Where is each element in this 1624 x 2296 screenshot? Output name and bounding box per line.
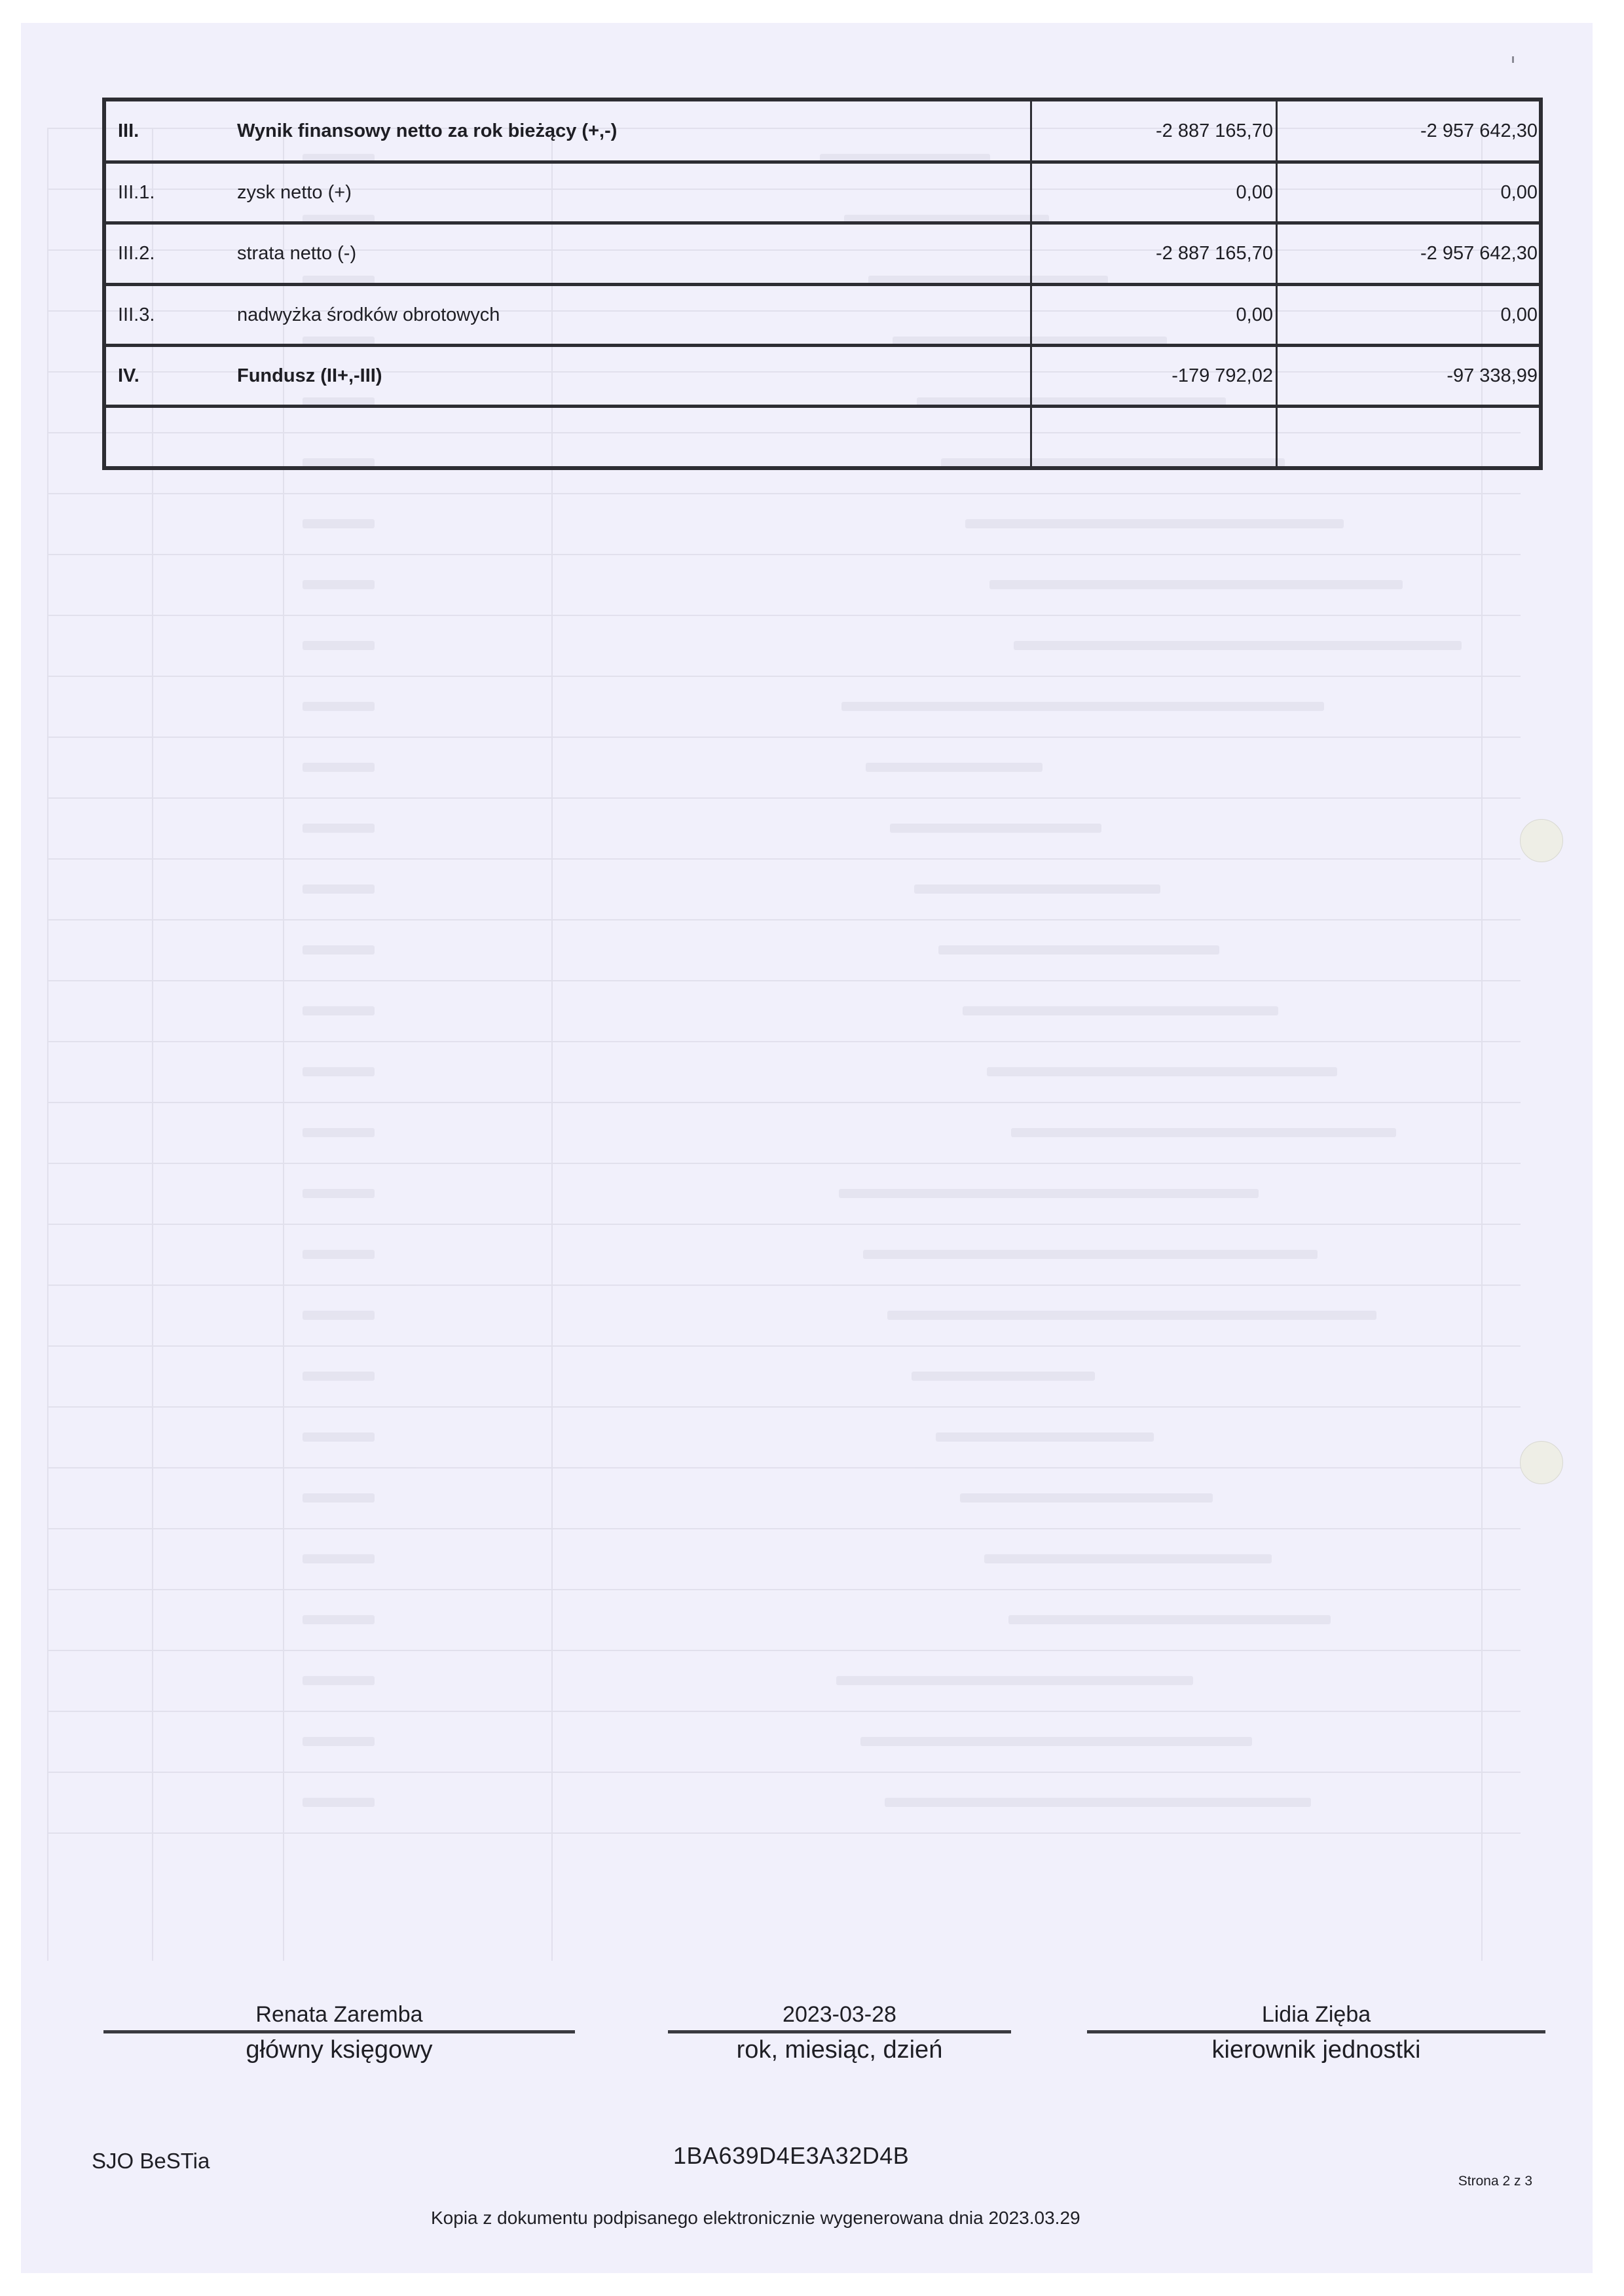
signature-date-value: 2023-03-28 (668, 2001, 1011, 2028)
value-previous-period: -2 957 642,30 (1276, 101, 1539, 160)
head-role: kierownik jednostki (1087, 2035, 1545, 2065)
value-previous-period (1276, 408, 1539, 466)
accountant-role: główny księgowy (103, 2035, 575, 2065)
document-code: 1BA639D4E3A32D4B (673, 2142, 909, 2170)
value-current-period (1030, 408, 1276, 466)
table-row: IV. Fundusz (II+,-III) -179 792,02 -97 3… (106, 347, 1539, 408)
value-current-period: 0,00 (1030, 286, 1276, 344)
row-label: strata netto (-) (237, 225, 1023, 283)
value-previous-period: -97 338,99 (1276, 347, 1539, 405)
electronic-copy-note: Kopia z dokumentu podpisanego elektronic… (431, 2208, 1080, 2229)
row-number: IV. (118, 347, 216, 405)
row-number: III. (118, 101, 216, 160)
scan-speck (1512, 56, 1514, 63)
table-row: III.3. nadwyżka środków obrotowych 0,00 … (106, 286, 1539, 347)
punch-hole-upper (1520, 819, 1563, 862)
row-label: nadwyżka środków obrotowych (237, 286, 1023, 344)
table-row-empty (106, 408, 1539, 466)
signature-date-label: rok, miesiąc, dzień (668, 2035, 1011, 2065)
row-number (118, 408, 216, 466)
value-previous-period: 0,00 (1276, 164, 1539, 221)
signature-line (1087, 2030, 1545, 2033)
signature-head: Lidia Zięba kierownik jednostki (1087, 2001, 1545, 2065)
system-name: SJO BeSTia (92, 2149, 210, 2174)
signature-date: 2023-03-28 rok, miesiąc, dzień (668, 2001, 1011, 2065)
value-current-period: -179 792,02 (1030, 347, 1276, 405)
accountant-name: Renata Zaremba (103, 2001, 575, 2028)
signature-line (668, 2030, 1011, 2033)
signature-line (103, 2030, 575, 2033)
table-row: III.2. strata netto (-) -2 887 165,70 -2… (106, 225, 1539, 286)
punch-hole-lower (1520, 1441, 1563, 1484)
table-row: III.1. zysk netto (+) 0,00 0,00 (106, 164, 1539, 225)
signature-accountant: Renata Zaremba główny księgowy (103, 2001, 575, 2065)
value-current-period: 0,00 (1030, 164, 1276, 221)
value-current-period: -2 887 165,70 (1030, 225, 1276, 283)
fund-statement-table: III. Wynik finansowy netto za rok bieżąc… (102, 98, 1543, 470)
table-row: III. Wynik finansowy netto za rok bieżąc… (106, 101, 1539, 164)
value-current-period: -2 887 165,70 (1030, 101, 1276, 160)
row-number: III.1. (118, 164, 216, 221)
row-label: zysk netto (+) (237, 164, 1023, 221)
row-label (237, 408, 1023, 466)
page-number: Strona 2 z 3 (1458, 2174, 1532, 2189)
value-previous-period: -2 957 642,30 (1276, 225, 1539, 283)
head-name: Lidia Zięba (1087, 2001, 1545, 2028)
value-previous-period: 0,00 (1276, 286, 1539, 344)
row-number: III.3. (118, 286, 216, 344)
row-number: III.2. (118, 225, 216, 283)
row-label: Wynik finansowy netto za rok bieżący (+,… (237, 101, 1023, 160)
row-label: Fundusz (II+,-III) (237, 347, 1023, 405)
